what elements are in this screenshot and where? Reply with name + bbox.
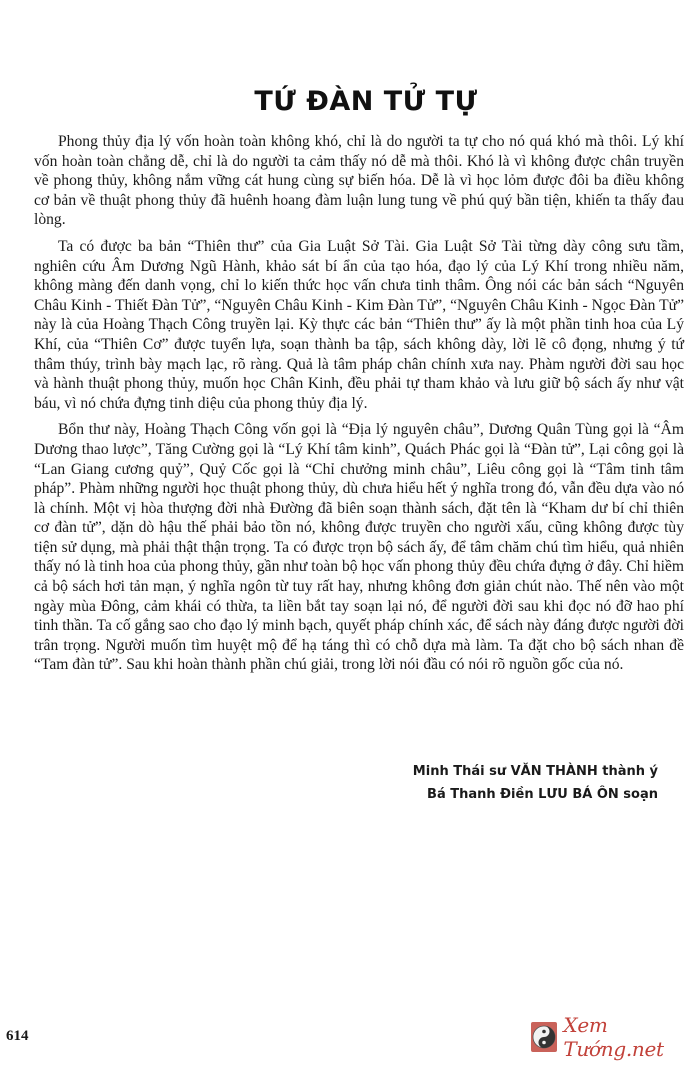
signature-line-1: Minh Thái sư VĂN THÀNH thành ý <box>413 760 658 783</box>
signature-block: Minh Thái sư VĂN THÀNH thành ý Bá Thanh … <box>413 760 658 806</box>
watermark-text: Xem Tướng.net <box>563 1013 696 1061</box>
page-number: 614 <box>6 1028 29 1045</box>
page-title: TỨ ĐÀN TỬ TỰ <box>18 86 696 117</box>
body-text: Phong thủy địa lý vốn hoàn toàn không kh… <box>34 132 684 682</box>
watermark: Xem Tướng.net <box>531 1020 696 1054</box>
yin-yang-icon <box>531 1022 557 1052</box>
signature-line-2: Bá Thanh Điền LƯU BÁ ÔN soạn <box>413 783 658 806</box>
paragraph-2: Ta có được ba bản “Thiên thư” của Gia Lu… <box>34 237 684 413</box>
paragraph-1: Phong thủy địa lý vốn hoàn toàn không kh… <box>34 132 684 230</box>
document-page: TỨ ĐÀN TỬ TỰ Phong thủy địa lý vốn hoàn … <box>0 0 696 1067</box>
paragraph-3: Bổn thư này, Hoàng Thạch Công vốn gọi là… <box>34 420 684 675</box>
